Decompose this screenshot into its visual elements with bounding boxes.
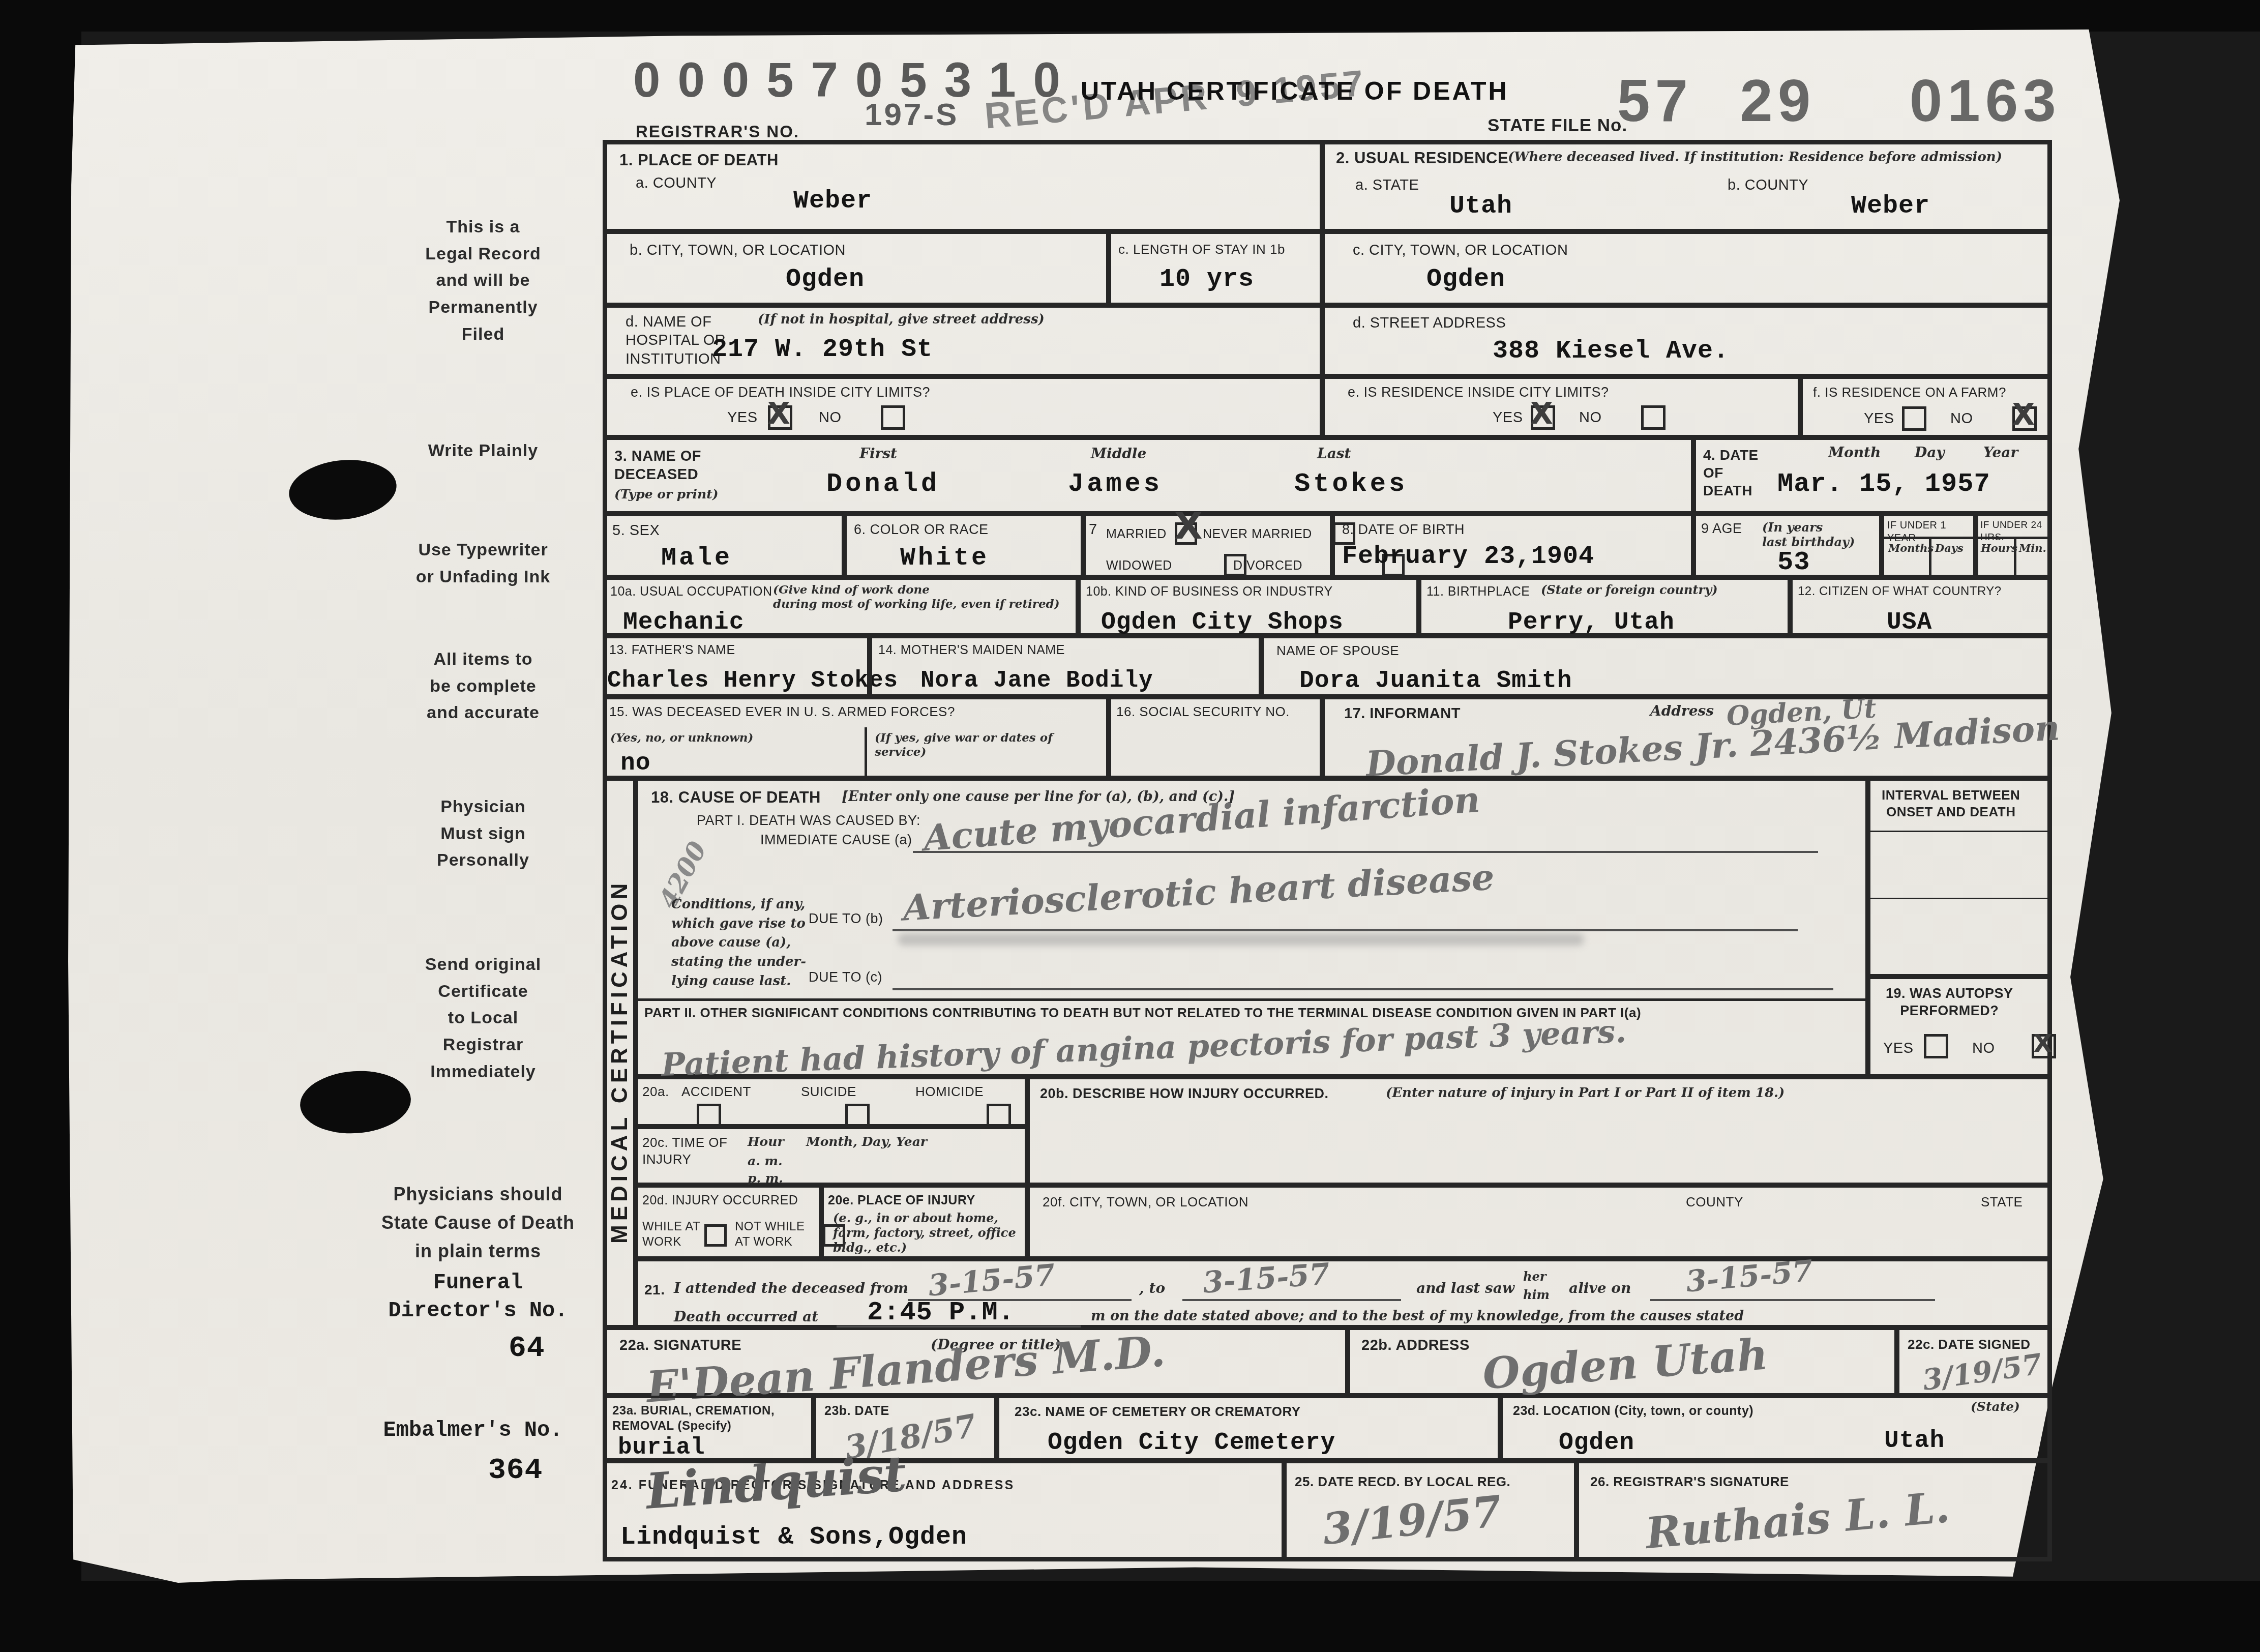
field-21-part1: I attended the deceased from: [674, 1280, 908, 1297]
field-2a-state-label: a. STATE: [1355, 176, 1419, 194]
field-7-married-checkbox: X: [1175, 522, 1197, 545]
field-5-label: 5. SEX: [612, 521, 660, 540]
page-title: UTAH CERTIFICATE OF DEATH: [1081, 75, 1509, 107]
field-7-married-label: MARRIED: [1106, 526, 1167, 542]
field-23a-value: burial: [618, 1435, 705, 1461]
field-21-tail: m on the date stated above; and to the b…: [1091, 1308, 1744, 1324]
margin-note-send-original: Send original Certificate to Local Regis…: [376, 951, 590, 1085]
field-4-date-of-death: 4. DATE OF DEATH Month Day Year Mar. 15,…: [1693, 437, 2052, 514]
field-3-name-of-deceased: 3. NAME OF DECEASED (Type or print) Firs…: [603, 437, 1693, 514]
field-21-saw: and last saw: [1416, 1280, 1514, 1297]
field-7-divorced-label: DIVORCED: [1233, 558, 1302, 574]
field-18-immediate-label: IMMEDIATE CAUSE (a): [760, 832, 912, 849]
field-1b-city: b. CITY, TOWN, OR LOCATION Ogden: [603, 231, 1109, 305]
field-5-value: Male: [661, 544, 732, 572]
registrars-no-value: 197-S: [865, 99, 959, 131]
field-22c-label: 22c. DATE SIGNED: [1908, 1336, 2031, 1353]
field-1e-city-limits: e. IS PLACE OF DEATH INSIDE CITY LIMITS?…: [603, 376, 1322, 437]
field-11-note: (State or foreign country): [1541, 583, 1718, 598]
embalmers-no-value: 364: [488, 1455, 543, 1487]
field-8-label: 8. DATE OF BIRTH: [1342, 521, 1465, 539]
field-20c-pm-label: p. m.: [748, 1171, 783, 1186]
field-20b-label: 20b. DESCRIBE HOW INJURY OCCURRED.: [1040, 1085, 1329, 1103]
field-19-no-label: NO: [1972, 1039, 1995, 1057]
field-2-usual-residence: 2. USUAL RESIDENCE (Where deceased lived…: [1322, 140, 2052, 231]
field-spouse-label: NAME OF SPOUSE: [1276, 642, 1399, 659]
funeral-directors-no-label: Funeral Director's No.: [356, 1269, 600, 1324]
field-2-title: 2. USUAL RESIDENCE: [1336, 149, 1508, 168]
field-2c-label: c. CITY, TOWN, OR LOCATION: [1353, 241, 1568, 259]
field-9-months-label: Months: [1888, 542, 1934, 554]
death-certificate-scan: This is a Legal Record and will be Perma…: [0, 0, 2260, 1652]
field-7-never-married-label: NEVER MARRIED: [1203, 526, 1312, 542]
field-3-first-label: First: [859, 445, 897, 462]
field-6-value: White: [900, 544, 989, 572]
field-1d-label: d. NAME OF HOSPITAL OR INSTITUTION: [626, 313, 726, 368]
field-15-note1: (Yes, no, or unknown): [610, 731, 753, 745]
field-18-cause-of-death: 18. CAUSE OF DEATH [Enter only one cause…: [636, 778, 1868, 1077]
field-20a-suicide-checkbox: [845, 1104, 870, 1128]
field-17-label: 17. INFORMANT: [1344, 704, 1461, 723]
field-23c-label: 23c. NAME OF CEMETERY OR CREMATORY: [1015, 1403, 1301, 1420]
medical-certification-label: MEDICAL CERTIFICATION: [607, 867, 633, 1244]
field-6-color-race: 6. COLOR OR RACE White: [844, 514, 1083, 577]
field-2d-label: d. STREET ADDRESS: [1353, 314, 1506, 332]
field-9-min-label: Min.: [2019, 542, 2046, 554]
field-9-age: 9 AGE (In years last birthday) 53: [1693, 514, 1882, 577]
field-20e-label: 20e. PLACE OF INJURY: [828, 1193, 975, 1208]
field-9-under-24-hrs: IF UNDER 24 HRS. Hours Min.: [1976, 514, 2052, 577]
field-22b-label: 22b. ADDRESS: [1361, 1336, 1470, 1354]
field-10b-value: Ogden City Shops: [1101, 609, 1344, 636]
field-20f-state-label: STATE: [1981, 1194, 2023, 1211]
field-3-title: 3. NAME OF DECEASED: [614, 447, 701, 484]
margin-note-use-typewriter: Use Typewriter or Unfading Ink: [351, 537, 615, 590]
field-17-address-label: Address: [1650, 702, 1714, 720]
film-edge-top: [0, 0, 2260, 32]
field-2d-value: 388 Kiesel Ave.: [1493, 337, 1729, 365]
field-20a-homicide-checkbox: [987, 1104, 1011, 1128]
field-2e-no-label: NO: [1579, 408, 1602, 427]
field-1c-value: 10 yrs: [1159, 265, 1254, 293]
field-17-informant: 17. INFORMANT Address Ogden, Ut Donald J…: [1322, 697, 2052, 778]
field-20c-time-of-injury: 20c. TIME OF INJURY Hour Month, Day, Yea…: [636, 1127, 1027, 1185]
field-20d-while-checkbox: [704, 1224, 727, 1247]
field-7-marital-status: 7 MARRIED X NEVER MARRIED WIDOWED DIVORC…: [1083, 514, 1332, 577]
field-10a-label: 10a. USUAL OCCUPATION: [610, 584, 772, 600]
field-4-month-label: Month: [1828, 444, 1881, 461]
field-2f-no-label: NO: [1950, 409, 1973, 428]
field-12-citizen: 12. CITIZEN OF WHAT COUNTRY? USA: [1790, 577, 2052, 636]
field-1a-county-value: Weber: [793, 187, 872, 215]
field-23d-state-value: Utah: [1884, 1428, 1945, 1455]
field-3-middle-value: James: [1068, 469, 1163, 498]
field-5-sex: 5. SEX Male: [603, 514, 844, 577]
field-2e-label: e. IS RESIDENCE INSIDE CITY LIMITS?: [1348, 384, 1609, 401]
margin-note-physician-sign: Physician Must sign Personally: [376, 793, 590, 874]
field-23d-state-note: (State): [1971, 1399, 2020, 1414]
field-7-widowed-label: WIDOWED: [1106, 558, 1172, 574]
field-1d-hospital: d. NAME OF HOSPITAL OR INSTITUTION (If n…: [603, 305, 1322, 376]
field-23d-label: 23d. LOCATION (City, town, or county): [1513, 1403, 1753, 1419]
field-9-under-1-year: IF UNDER 1 YEAR Months Days: [1882, 514, 1976, 577]
field-1e-yes-checkbox: X: [768, 405, 792, 430]
field-2f-no-checkbox: X: [2012, 406, 2037, 431]
field-26-value: Ruthais L. L.: [1644, 1486, 1951, 1555]
field-18-part2-label: PART II. OTHER SIGNIFICANT CONDITIONS CO…: [644, 1005, 1855, 1021]
field-3-last-value: Stokes: [1294, 469, 1408, 498]
field-11-value: Perry, Utah: [1508, 609, 1675, 636]
field-20a-homicide-label: HOMICIDE: [915, 1083, 984, 1100]
field-1e-no-checkbox: [881, 405, 905, 430]
field-20c-mdy-label: Month, Day, Year: [806, 1134, 927, 1149]
field-2c-value: Ogden: [1426, 265, 1505, 293]
cause-c-line: [893, 988, 1833, 990]
field-19-no-checkbox: X: [2032, 1034, 2056, 1058]
margin-note-write-plainly: Write Plainly: [376, 437, 590, 464]
field-26-registrar-signature: 26. REGISTRAR'S SIGNATURE Ruthais L. L.: [1577, 1461, 2052, 1561]
field-22a-label: 22a. SIGNATURE: [619, 1336, 741, 1354]
field-20c-label: 20c. TIME OF INJURY: [642, 1134, 727, 1167]
field-20a-number: 20a.: [642, 1083, 669, 1100]
field-13-value: Charles Henry Stokes: [607, 668, 898, 694]
field-18-part1-label: PART I. DEATH WAS CAUSED BY:: [697, 812, 920, 830]
field-7-number: 7: [1089, 520, 1097, 539]
field-spouse-value: Dora Juanita Smith: [1299, 668, 1572, 695]
field-21-death-at: Death occurred at: [674, 1308, 818, 1325]
field-6-label: 6. COLOR OR RACE: [854, 521, 989, 539]
field-9-value: 53: [1777, 548, 1810, 577]
field-1c-length-of-stay: c. LENGTH OF STAY IN 1b 10 yrs: [1109, 231, 1322, 305]
field-21-date3: 3-15-57: [1685, 1256, 1814, 1296]
field-10a-value: Mechanic: [623, 609, 744, 636]
field-20c-am-label: a. m.: [748, 1154, 783, 1169]
field-4-year-label: Year: [1983, 444, 2018, 461]
field-3-first-value: Donald: [826, 469, 940, 498]
field-20d-while-label: WHILE AT WORK: [642, 1219, 700, 1250]
field-22b-value: Ogden Utah: [1481, 1333, 1769, 1396]
margin-note-plain-terms: Physicians should State Cause of Death i…: [325, 1180, 631, 1265]
field-19-yes-checkbox: [1924, 1034, 1948, 1058]
field-26-label: 26. REGISTRAR'S SIGNATURE: [1590, 1473, 1789, 1490]
field-20f-label: 20f. CITY, TOWN, OR LOCATION: [1043, 1194, 1248, 1211]
field-14-mother: 14. MOTHER'S MAIDEN NAME Nora Jane Bodil…: [870, 636, 1261, 697]
state-file-no-label: STATE FILE No.: [1488, 114, 1627, 137]
field-2e-city-limits: e. IS RESIDENCE INSIDE CITY LIMITS? YES …: [1322, 376, 1800, 437]
field-18-due-b-value: Arteriosclerotic heart disease: [902, 860, 1495, 926]
margin-note-all-items: All items to be complete and accurate: [376, 646, 590, 726]
field-21-time: 2:45 P.M.: [867, 1298, 1015, 1327]
funeral-directors-no-value: 64: [509, 1333, 545, 1365]
field-18-due-b-label: DUE TO (b): [809, 910, 883, 928]
part2-divider: [638, 998, 1865, 1001]
field-22b-address: 22b. ADDRESS Ogden Utah: [1348, 1327, 1897, 1396]
field-9-label: 9 AGE: [1701, 520, 1742, 538]
field-19-yes-label: YES: [1883, 1039, 1914, 1057]
field-20d-notwhile-label: NOT WHILE AT WORK: [735, 1219, 805, 1250]
field-14-value: Nora Jane Bodily: [920, 668, 1153, 694]
field-8-date-of-birth: 8. DATE OF BIRTH February 23,1904: [1332, 514, 1693, 577]
field-13-father: 13. FATHER'S NAME Charles Henry Stokes: [603, 636, 870, 697]
field-18-title: 18. CAUSE OF DEATH: [651, 788, 821, 808]
state-file-no-value: 57 29 0163: [1617, 71, 2061, 130]
field-2c-city: c. CITY, TOWN, OR LOCATION Ogden: [1322, 231, 2052, 305]
date-line-2: [1182, 1299, 1401, 1301]
registrars-no-label: REGISTRAR'S NO.: [636, 121, 799, 142]
field-20a-suicide-label: SUICIDE: [801, 1083, 856, 1100]
field-15-note2: (If yes, give war or dates of service): [875, 731, 1106, 759]
field-10b-label: 10b. KIND OF BUSINESS OR INDUSTRY: [1086, 584, 1333, 600]
field-13-label: 13. FATHER'S NAME: [609, 642, 735, 658]
field-2a-state-value: Utah: [1449, 192, 1512, 220]
field-23a-label: 23a. BURIAL, CREMATION, REMOVAL (Specify…: [612, 1403, 775, 1434]
field-15-label: 15. WAS DECEASED EVER IN U. S. ARMED FOR…: [609, 703, 955, 720]
field-22a-signature: 22a. SIGNATURE (Degree or title) E'Dean …: [603, 1327, 1348, 1396]
field-1b-value: Ogden: [786, 265, 865, 293]
field-23c-value: Ogden City Cemetery: [1048, 1430, 1335, 1457]
field-1d-value: 217 W. 29th St: [712, 336, 933, 364]
field-8-value: February 23,1904: [1342, 543, 1594, 571]
cause-b-line: [893, 929, 1798, 931]
field-1-title: 1. PLACE OF DEATH: [619, 151, 779, 170]
field-21-date1: 3-15-57: [927, 1260, 1056, 1301]
field-11-label: 11. BIRTHPLACE: [1426, 584, 1530, 600]
field-20a-accident: 20a. ACCIDENT SUICIDE HOMICIDE: [636, 1077, 1027, 1127]
film-edge-bottom: [0, 1581, 2260, 1652]
field-21-number: 21.: [644, 1281, 665, 1299]
field-1d-note: (If not in hospital, give street address…: [758, 312, 1045, 328]
field-20f-county-label: COUNTY: [1686, 1194, 1743, 1211]
field-20a-accident-checkbox: [697, 1104, 721, 1128]
field-16-ssn: 16. SOCIAL SECURITY NO.: [1109, 697, 1322, 778]
field-23a-burial: 23a. BURIAL, CREMATION, REMOVAL (Specify…: [603, 1396, 814, 1461]
field-4-day-label: Day: [1915, 444, 1945, 461]
interval-line-b: [1870, 898, 2049, 899]
field-24-funeral-director: 24. FUNERAL DIRECTOR'S SIGNATURE AND ADD…: [603, 1461, 1284, 1561]
field-10a-occupation: 10a. USUAL OCCUPATION (Give kind of work…: [603, 577, 1078, 636]
field-10a-note: (Give kind of work done during most of w…: [773, 583, 1060, 611]
field-2d-street: d. STREET ADDRESS 388 Kiesel Ave.: [1322, 305, 2052, 376]
interval-line-a: [1870, 831, 2049, 832]
field-20e-place-of-injury: 20e. PLACE OF INJURY (e. g., in or about…: [821, 1185, 1027, 1259]
field-spouse: NAME OF SPOUSE Dora Juanita Smith: [1261, 636, 2052, 697]
field-23c-cemetery: 23c. NAME OF CEMETERY OR CREMATORY Ogden…: [997, 1396, 1500, 1461]
field-1c-label: c. LENGTH OF STAY IN 1b: [1118, 241, 1285, 258]
field-3-middle-label: Middle: [1091, 445, 1146, 462]
field-20e-note: (e. g., in or about home, farm, factory,…: [833, 1211, 1025, 1255]
field-20d-label: 20d. INJURY OCCURRED: [642, 1193, 798, 1208]
field-24-value: Lindquist & Sons,Ogden: [620, 1523, 967, 1551]
field-16-label: 16. SOCIAL SECURITY NO.: [1116, 703, 1290, 720]
field-18-conditions-note: Conditions, if any, which gave rise to a…: [671, 895, 806, 991]
field-20d-injury-occurred: 20d. INJURY OCCURRED WHILE AT WORK NOT W…: [636, 1185, 821, 1259]
field-3-last-label: Last: [1317, 445, 1351, 462]
field-14-label: 14. MOTHER'S MAIDEN NAME: [878, 642, 1065, 658]
field-21-him: him: [1523, 1288, 1550, 1303]
field-3-note: (Type or print): [614, 487, 719, 502]
field-20a-accident-label: ACCIDENT: [681, 1083, 751, 1100]
field-25-value: 3/19/57: [1321, 1490, 1504, 1551]
interval-column: INTERVAL BETWEEN ONSET AND DEATH: [1868, 778, 2052, 977]
field-2e-no-checkbox: [1641, 405, 1666, 430]
field-9-hours-label: Hours: [1981, 542, 2017, 554]
pencil-smudge: [898, 933, 1584, 946]
field-1e-yes-label: YES: [727, 408, 758, 427]
field-2e-yes-label: YES: [1493, 408, 1523, 427]
field-20b-describe-injury: 20b. DESCRIBE HOW INJURY OCCURRED. (Ente…: [1027, 1077, 2052, 1185]
field-20c-hour-label: Hour: [748, 1134, 784, 1149]
field-2b-county-label: b. COUNTY: [1728, 176, 1808, 194]
field-2b-county-value: Weber: [1851, 192, 1930, 220]
field-9-days-label: Days: [1935, 542, 1964, 554]
field-23d-city-value: Ogden: [1559, 1430, 1634, 1457]
field-12-value: USA: [1887, 609, 1932, 636]
field-1-place-of-death: 1. PLACE OF DEATH a. COUNTY Weber: [603, 140, 1322, 231]
margin-note-legal-record: This is a Legal Record and will be Perma…: [376, 214, 590, 347]
field-18-part2-value: Patient had history of angina pectoris f…: [661, 1016, 1626, 1081]
field-20b-note: (Enter nature of injury in Part I or Par…: [1386, 1085, 1785, 1101]
field-15-armed-forces: 15. WAS DECEASED EVER IN U. S. ARMED FOR…: [603, 697, 1109, 778]
field-4-title: 4. DATE OF DEATH: [1703, 446, 1759, 499]
field-19-label: 19. WAS AUTOPSY PERFORMED?: [1886, 985, 2013, 1020]
field-18-due-c-label: DUE TO (c): [809, 969, 882, 986]
divider: [865, 727, 867, 778]
field-17-value: Donald J. Stokes Jr. 2436½ Madison: [1365, 711, 2061, 781]
field-2-title-note: (Where deceased lived. If institution: R…: [1508, 150, 2002, 165]
field-21-alive: alive on: [1569, 1280, 1631, 1297]
field-4-value: Mar. 15, 1957: [1777, 469, 1990, 498]
field-22c-date-signed: 22c. DATE SIGNED 3/19/57: [1897, 1327, 2052, 1396]
field-2e-yes-checkbox: X: [1531, 405, 1555, 430]
medical-certification-strip: MEDICAL CERTIFICATION: [603, 778, 636, 1327]
field-2f-label: f. IS RESIDENCE ON A FARM?: [1813, 384, 2006, 401]
field-22c-value: 3/19/57: [1921, 1350, 2043, 1395]
field-21-to: , to: [1139, 1280, 1165, 1297]
field-21-date2: 3-15-57: [1202, 1259, 1330, 1297]
field-21-attended: 21. I attended the deceased from 3-15-57…: [636, 1259, 2052, 1327]
field-25-date-received: 25. DATE RECD. BY LOCAL REG. 3/19/57: [1284, 1461, 1577, 1561]
interval-label: INTERVAL BETWEEN ONSET AND DEATH: [1882, 787, 2020, 820]
field-2f-yes-label: YES: [1864, 409, 1894, 428]
field-23b-label: 23b. DATE: [824, 1403, 889, 1419]
embalmers-no-label: Embalmer's No.: [336, 1417, 610, 1444]
field-19-autopsy: 19. WAS AUTOPSY PERFORMED? YES NO X: [1868, 977, 2052, 1077]
field-23d-location: 23d. LOCATION (City, town, or county) (S…: [1500, 1396, 2052, 1461]
field-21-her: her: [1523, 1270, 1546, 1284]
field-1e-no-label: NO: [819, 408, 842, 427]
date-line-3: [1650, 1299, 1935, 1301]
field-2f-farm: f. IS RESIDENCE ON A FARM? YES NO X: [1800, 376, 2052, 437]
field-11-birthplace: 11. BIRTHPLACE (State or foreign country…: [1419, 577, 1790, 636]
field-15-value: no: [620, 750, 651, 777]
field-1a-county-label: a. COUNTY: [636, 174, 717, 192]
cause-a-line: [913, 851, 1818, 853]
field-20f-city: 20f. CITY, TOWN, OR LOCATION COUNTY STAT…: [1027, 1185, 2052, 1259]
field-1b-label: b. CITY, TOWN, OR LOCATION: [630, 241, 846, 259]
field-9-note: (In years last birthday): [1762, 520, 1855, 550]
field-12-label: 12. CITIZEN OF WHAT COUNTRY?: [1798, 584, 2002, 599]
field-10b-industry: 10b. KIND OF BUSINESS OR INDUSTRY Ogden …: [1078, 577, 1419, 636]
field-2f-yes-checkbox: [1902, 406, 1926, 431]
